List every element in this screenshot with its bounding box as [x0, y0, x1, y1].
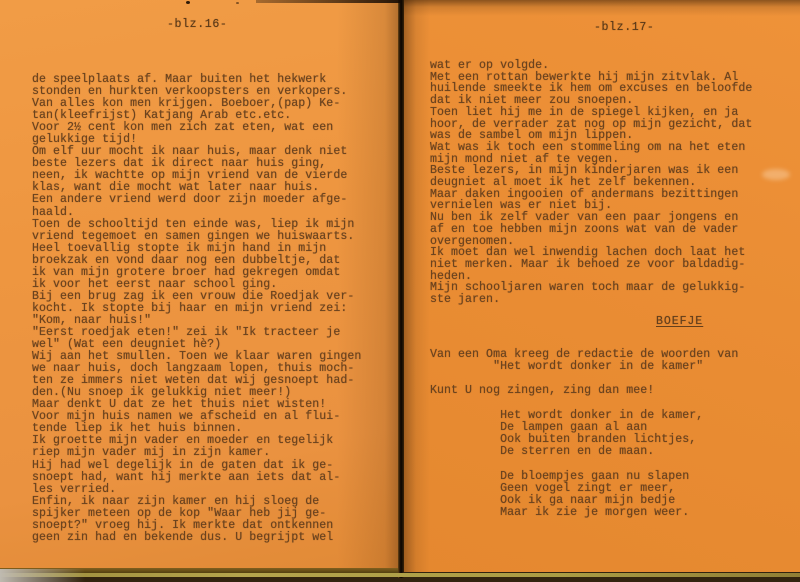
page-number-right: -blz.17-: [594, 22, 654, 34]
page-top-edge-shadow: [256, 0, 401, 3]
page-number-left: -blz.16-: [167, 19, 227, 31]
book-scan-photo: -blz.16- de speelplaats af. Maar buiten …: [0, 0, 800, 582]
section-heading-boefje: BOEFJE: [656, 316, 703, 328]
dust-speck: [186, 1, 190, 4]
dust-speck: [236, 2, 239, 4]
table-corner-highlight: [0, 569, 85, 582]
light-smudge: [762, 169, 790, 180]
page-right: -blz.17- wat er op volgde. Met een rotta…: [404, 0, 800, 572]
left-page-text: de speelplaats af. Maar buiten het hekwe…: [32, 74, 361, 544]
right-page-song-text: Van een Oma kreeg de redactie de woorden…: [430, 349, 738, 519]
page-left: -blz.16- de speelplaats af. Maar buiten …: [0, 0, 401, 568]
book-spine-shadow: [398, 0, 404, 578]
page-stack-edge: [0, 573, 800, 577]
right-page-story-text: wat er op volgde. Met een rottan bewerkt…: [430, 60, 752, 306]
